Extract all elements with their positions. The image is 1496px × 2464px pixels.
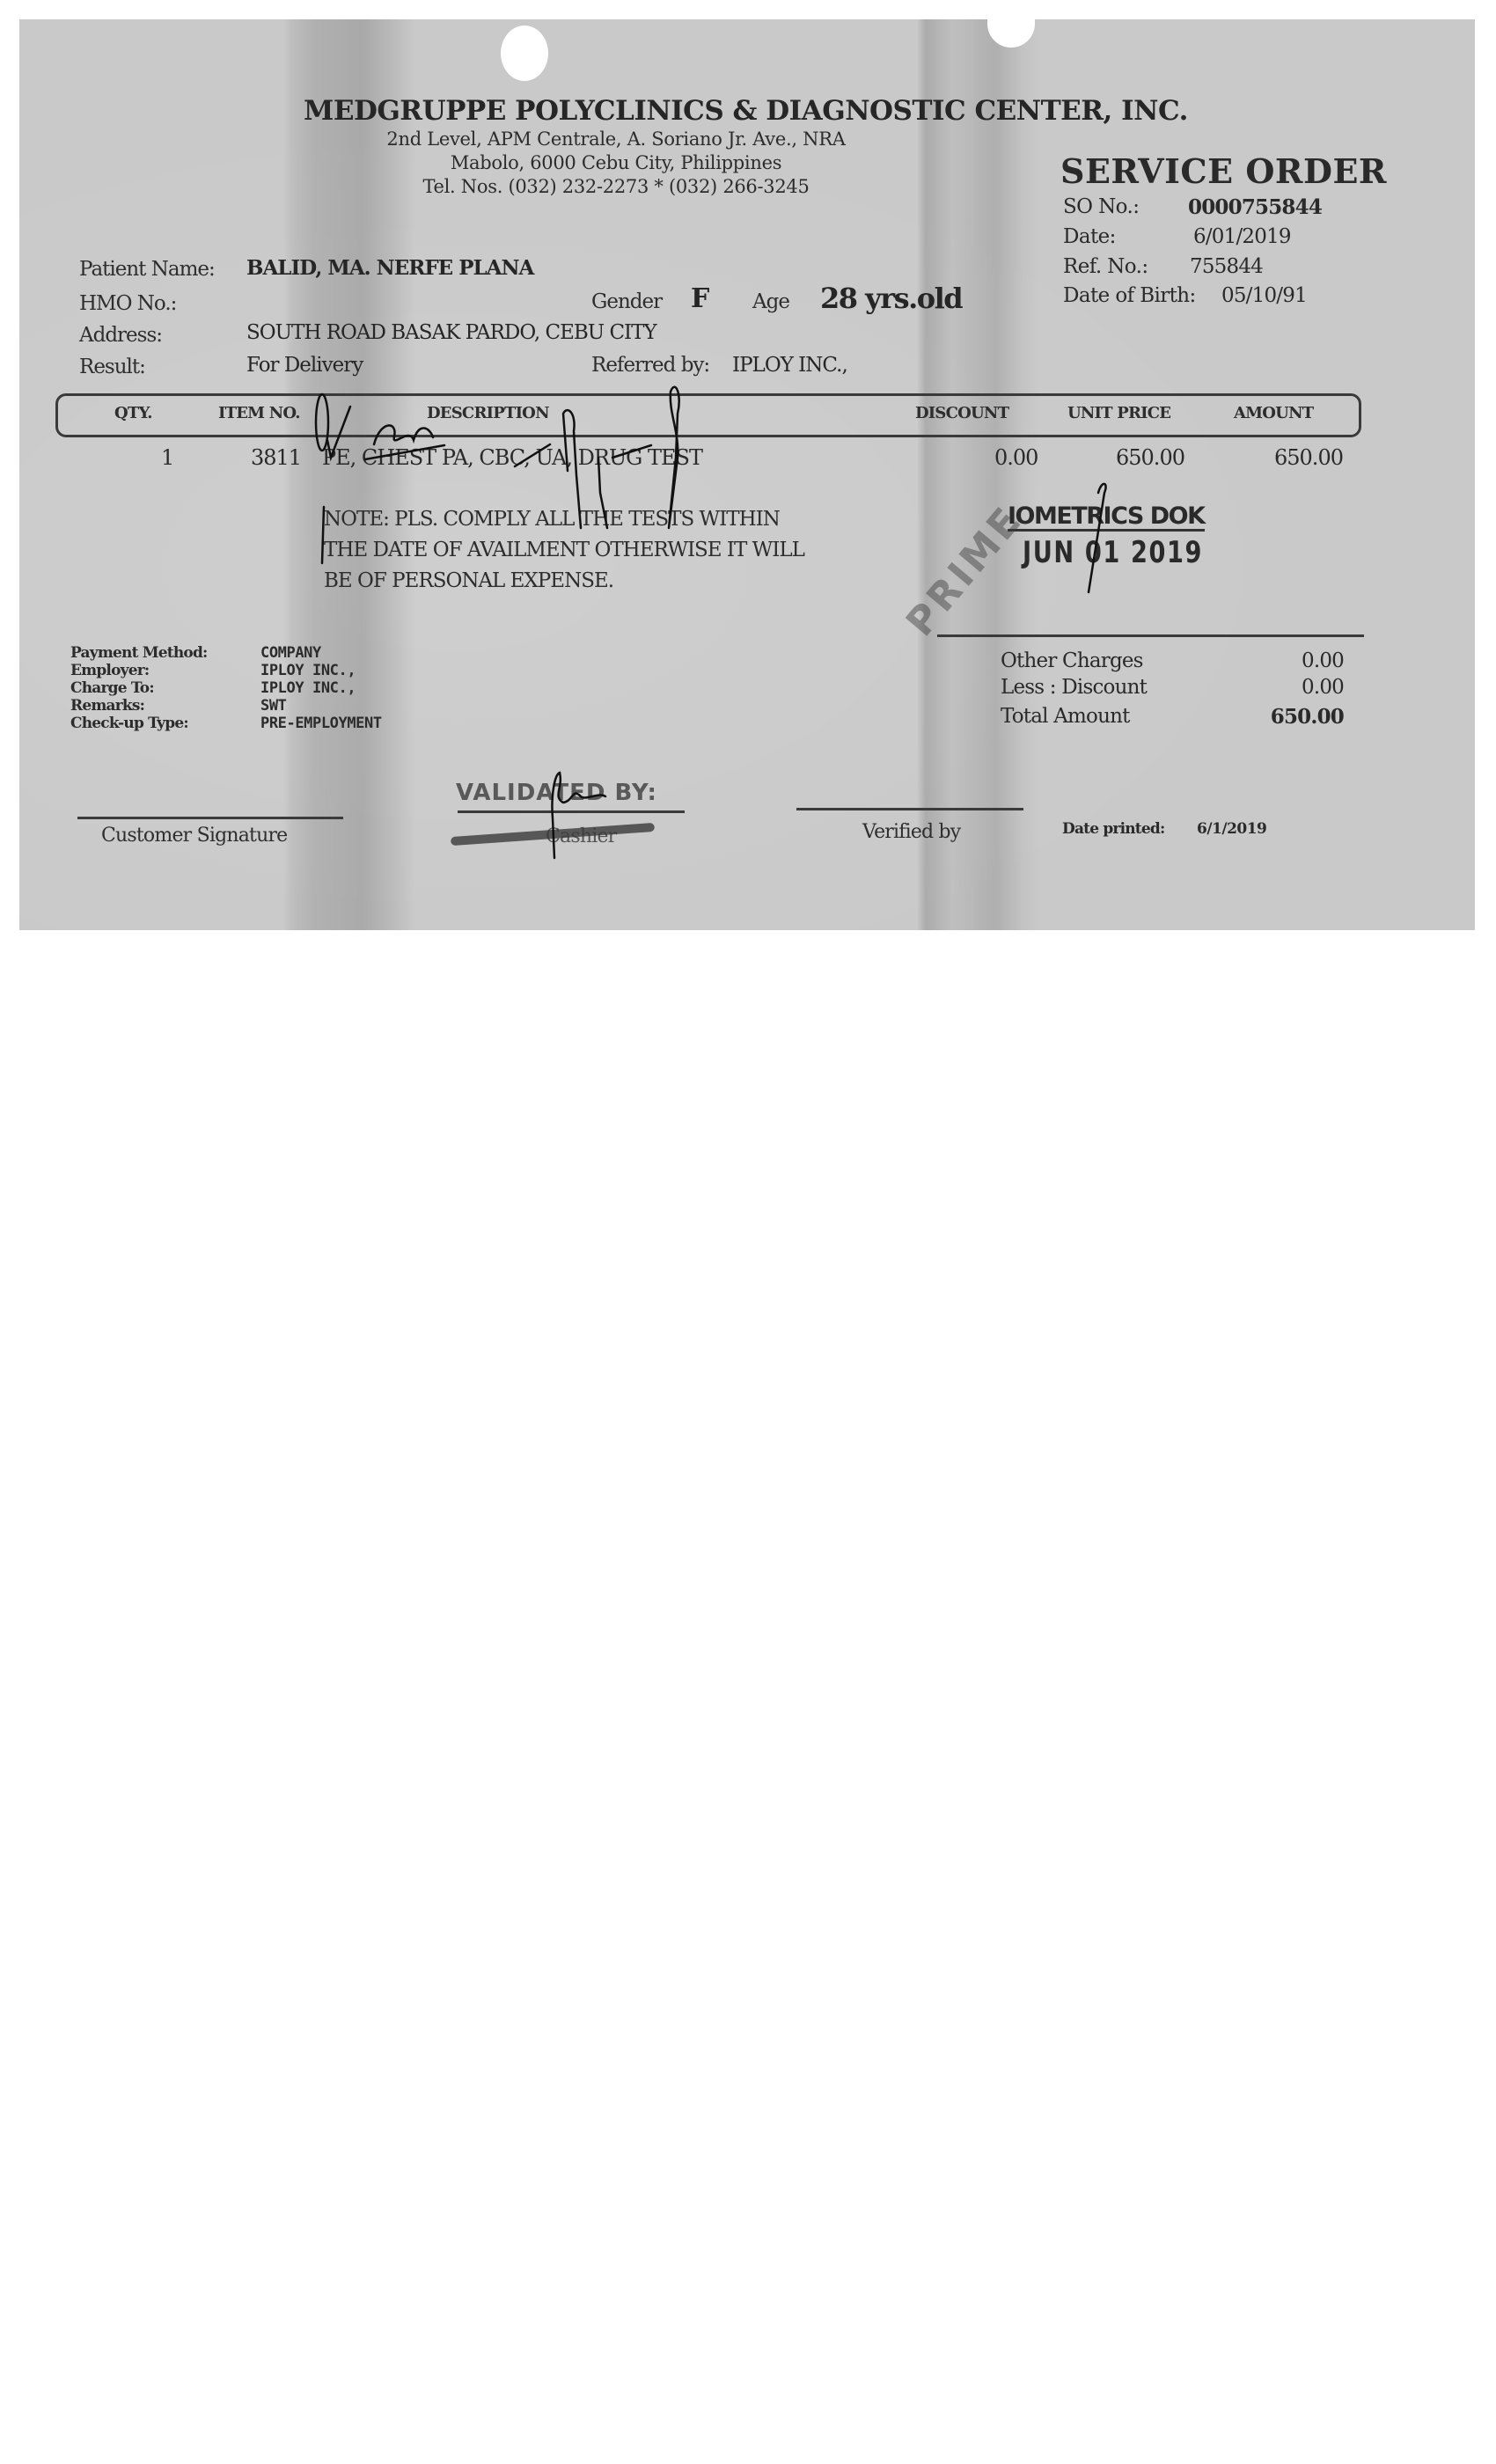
row-qty: 1 — [161, 445, 173, 470]
column-header-discount: DISCOUNT — [915, 404, 1008, 422]
verified-by-label: Verified by — [862, 821, 960, 843]
column-header-amount: AMOUNT — [1234, 404, 1313, 422]
row-unit-price: 650.00 — [1116, 445, 1184, 470]
dob-value: 05/10/91 — [1221, 284, 1307, 307]
note-line1: NOTE: PLS. COMPLY ALL THE TESTS WITHIN — [324, 508, 780, 531]
gender-value: F — [691, 283, 708, 314]
total-amount-value: 650.00 — [1271, 705, 1344, 729]
other-charges-label: Other Charges — [1001, 649, 1143, 672]
payment-method-label: Payment Method: — [70, 644, 208, 662]
employer-label: Employer: — [70, 662, 149, 679]
date-value: 6/01/2019 — [1193, 225, 1291, 248]
verified-by-line — [796, 808, 1023, 810]
date-label: Date: — [1063, 225, 1116, 248]
company-name: MEDGRUPPE POLYCLINICS & DIAGNOSTIC CENTE… — [304, 95, 1188, 127]
address-value: SOUTH ROAD BASAK PARDO, CEBU CITY — [246, 321, 656, 344]
note-line2: THE DATE OF AVAILMENT OTHERWISE IT WILL — [324, 539, 804, 561]
stamp-date: JUN 01 2019 — [1023, 535, 1203, 570]
totals-divider — [937, 634, 1364, 637]
row-description: PE, CHEST PA, CBC, UA, DRUG TEST — [322, 445, 702, 470]
company-address-line2: Mabolo, 6000 Cebu City, Philippines — [264, 152, 968, 173]
payment-method-value: COMPANY — [260, 644, 321, 662]
row-discount: 0.00 — [994, 445, 1038, 470]
charge-to-value: IPLOY INC., — [260, 679, 356, 697]
customer-signature-line — [77, 817, 343, 819]
column-header-unit-price: UNIT PRICE — [1067, 404, 1170, 422]
received-stamp: IOMETRICS DOK — [1008, 504, 1205, 532]
validated-by-stamp: VALIDATED BY: — [456, 780, 657, 806]
date-printed-label: Date printed: — [1062, 820, 1164, 838]
result-value: For Delivery — [246, 354, 363, 377]
so-no-label: SO No.: — [1063, 195, 1139, 218]
column-header-description: DESCRIPTION — [427, 404, 549, 422]
result-label: Result: — [79, 356, 145, 378]
hmo-no-label: HMO No.: — [79, 292, 176, 315]
less-discount-label: Less : Discount — [1001, 676, 1147, 699]
remarks-label: Remarks: — [70, 697, 144, 715]
dob-label: Date of Birth: — [1063, 284, 1196, 307]
checkup-type-label: Check-up Type: — [70, 715, 188, 732]
other-charges-value: 0.00 — [1302, 649, 1344, 672]
ref-no-value: 755844 — [1190, 255, 1263, 278]
employer-value: IPLOY INC., — [260, 662, 356, 679]
cashier-signature-line — [458, 810, 685, 813]
company-phone: Tel. Nos. (032) 232-2273 * (032) 266-324… — [264, 176, 968, 197]
patient-name-label: Patient Name: — [79, 258, 215, 281]
remarks-value: SWT — [260, 697, 287, 715]
date-printed-value: 6/1/2019 — [1197, 820, 1266, 838]
punch-hole — [501, 26, 548, 81]
customer-signature-label: Customer Signature — [101, 825, 287, 847]
checkup-type-value: PRE-EMPLOYMENT — [260, 715, 382, 732]
row-amount: 650.00 — [1274, 445, 1343, 470]
column-header-qty: QTY. — [114, 404, 152, 422]
so-no-value: 0000755844 — [1188, 195, 1322, 219]
company-address-line1: 2nd Level, APM Centrale, A. Soriano Jr. … — [264, 128, 968, 150]
charge-to-label: Charge To: — [70, 679, 154, 697]
less-discount-value: 0.00 — [1302, 676, 1344, 699]
address-label: Address: — [79, 324, 162, 347]
document-title: SERVICE ORDER — [1060, 151, 1387, 191]
gender-label: Gender — [591, 290, 662, 313]
age-label: Age — [752, 290, 789, 313]
age-value: 28 yrs.old — [820, 282, 962, 315]
referred-by-label: Referred by: — [591, 354, 709, 377]
patient-name-value: BALID, MA. NERFE PLANA — [246, 256, 533, 280]
row-item-no: 3811 — [251, 445, 301, 470]
referred-by-value: IPLOY INC., — [732, 354, 847, 377]
column-header-item-no: ITEM NO. — [218, 404, 300, 422]
ref-no-label: Ref. No.: — [1063, 255, 1148, 278]
total-amount-label: Total Amount — [1001, 705, 1130, 728]
note-line3: BE OF PERSONAL EXPENSE. — [324, 569, 613, 592]
